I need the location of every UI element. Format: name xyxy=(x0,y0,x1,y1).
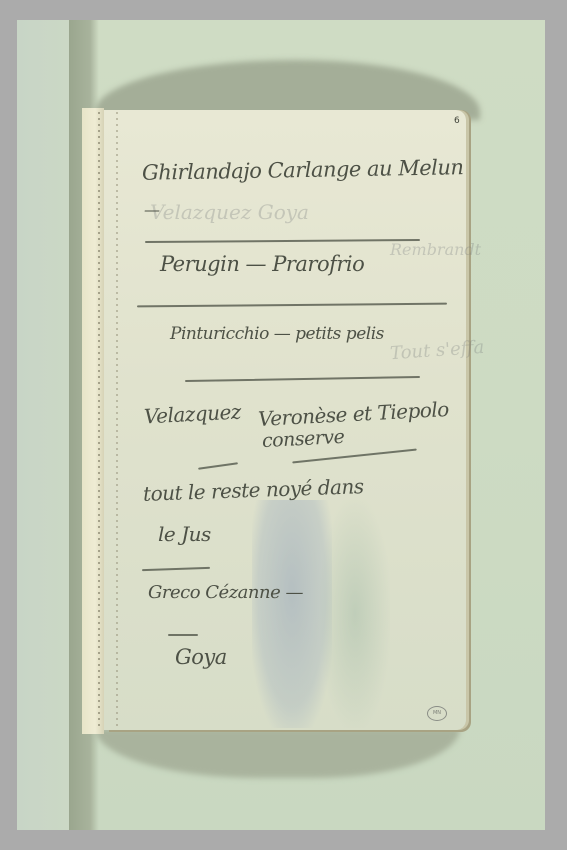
green-wash-bleedthrough xyxy=(320,500,390,728)
notebook-spine xyxy=(82,108,104,734)
note-line-8: Goya xyxy=(175,645,227,669)
backdrop-left-strip xyxy=(17,20,69,830)
spine-perforation xyxy=(98,112,100,728)
note-line-3: Pinturicchio — petits pelis xyxy=(170,324,384,344)
museum-stamp: MN xyxy=(427,706,447,721)
note-line-4c: conserve xyxy=(261,426,344,452)
note-line-7: Greco Cézanne — xyxy=(148,582,303,603)
note-line-4a: Velazquez xyxy=(143,399,241,428)
ghost-text-1: Velazquez Goya xyxy=(150,200,309,224)
page-perforation xyxy=(116,112,118,728)
divider-5 xyxy=(168,634,198,636)
note-line-2: Perugin — Prarofrio xyxy=(160,252,364,276)
ghost-text-3: Rembrandt xyxy=(390,240,481,259)
page-number: 6 xyxy=(454,116,460,126)
note-line-1-dash: — xyxy=(144,200,160,219)
note-line-6: le Jus xyxy=(158,522,211,546)
